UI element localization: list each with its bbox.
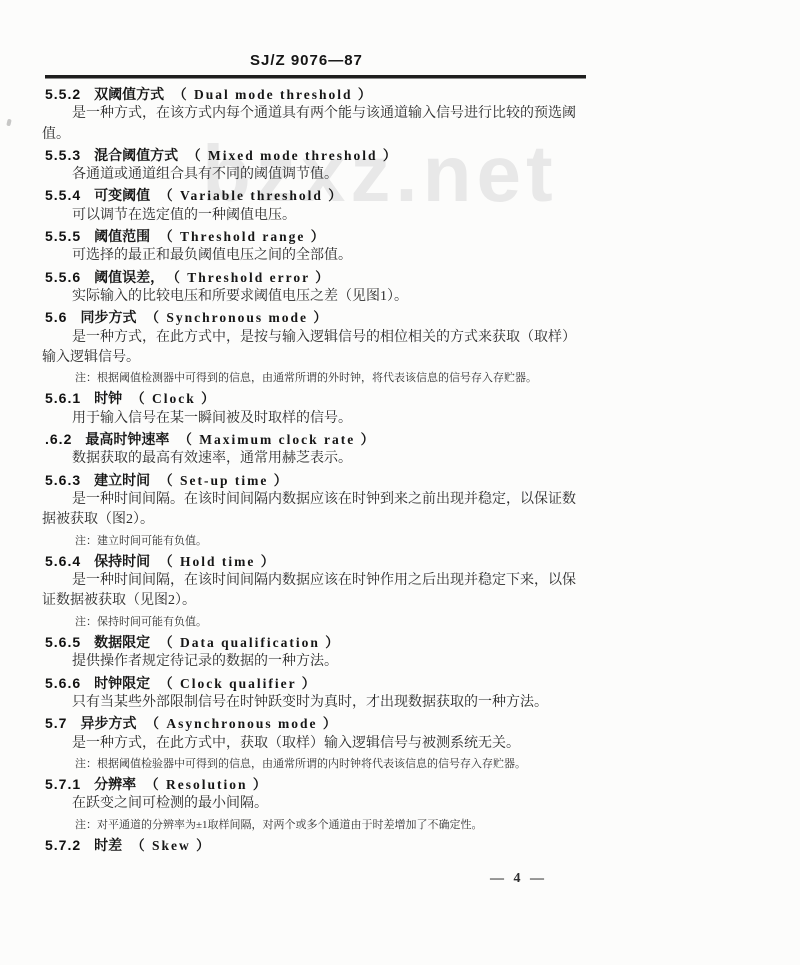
body-line: 输入逻辑信号。 [42, 348, 594, 368]
document-content: 5.5.2双阈值方式（ Dual mode threshold ）是一种方式，在… [42, 84, 594, 855]
note-line: 注：对平通道的分辨率为±1取样间隔，对两个或多个通道由于时差增加了不确定性。 [42, 815, 594, 835]
section-title-zh: 最高时钟速率 [85, 433, 169, 448]
section-title-en: （ Maximum clock rate ） [178, 432, 376, 447]
body-line: 各通道或通道组合具有不同的阈值调节值。 [42, 165, 594, 185]
section-title-en: （ Hold time ） [159, 554, 276, 569]
section-title-zh: 时差 [94, 839, 122, 854]
body-line: 实际输入的比较电压和所要求阈值电压之差（见图1）。 [42, 287, 594, 307]
body-line: 可以调节在选定值的一种阈值电压。 [42, 206, 594, 226]
body-line: 用于输入信号在某一瞬间被及时取样的信号。 [42, 409, 594, 429]
section-title-en: （ Threshold error ） [173, 270, 331, 285]
section-title-zh: 双阈值方式 [94, 88, 164, 103]
section-number: 5.5.5 [45, 228, 81, 244]
section-title-zh: 阈值误差， [94, 271, 164, 286]
body-line: 是一种时间间隔。在该时间间隔内数据应该在时钟到来之前出现并稳定，以保证数 [42, 490, 594, 510]
section-title-zh: 混合阈值方式 [94, 149, 178, 164]
section-title-en: （ Skew ） [131, 838, 212, 853]
section-title-zh: 建立时间 [94, 474, 150, 489]
scanned-standard-page: bzxz.net SJ/Z 9076—87 5.5.2双阈值方式（ Dual m… [0, 0, 800, 965]
line-text: 只有当某些外部限制信号在时钟跃变时为真时，才出现数据获取的一种方法。 [72, 695, 548, 710]
section-number: 5.5.2 [45, 86, 81, 102]
section-heading: 5.5.3混合阈值方式（ Mixed mode threshold ） [42, 145, 594, 165]
section-title-en: （ Threshold range ） [159, 229, 326, 244]
section-number: 5.5.3 [45, 147, 81, 163]
line-text: 注：根据阈值检测器中可得到的信息，由通常所谓的外时钟，将代表该信息的信号存入存贮… [75, 372, 537, 384]
section-heading: 5.6.4保持时间（ Hold time ） [42, 551, 594, 571]
note-line: 注：根据阈值检验器中可得到的信息，由通常所谓的内时钟将代表该信息的信号存入存贮器… [42, 754, 594, 774]
body-line: 在跃变之间可检测的最小间隔。 [42, 794, 594, 814]
note-line: 注：根据阈值检测器中可得到的信息，由通常所谓的外时钟，将代表该信息的信号存入存贮… [42, 368, 594, 388]
section-heading: 5.6同步方式（ Synchronous mode ） [42, 307, 594, 327]
line-text: 注：保持时间可能有负值。 [75, 616, 207, 628]
section-title-zh: 阈值范围 [94, 230, 150, 245]
section-heading: 5.5.2双阈值方式（ Dual mode threshold ） [42, 84, 594, 104]
header-rule [45, 75, 586, 78]
line-text: 是一种时间间隔，在该时间间隔内数据应该在时钟作用之后出现并稳定下来，以保 [72, 573, 576, 588]
section-title-en: （ Synchronous mode ） [145, 310, 328, 325]
body-line: 值。 [42, 125, 594, 145]
section-title-en: （ Dual mode threshold ） [173, 87, 373, 102]
section-number: 5.7.2 [45, 837, 81, 853]
section-number: 5.6.5 [45, 634, 81, 650]
section-heading: 5.7.1分辨率（ Resolution ） [42, 774, 594, 794]
line-text: 输入逻辑信号。 [42, 350, 140, 365]
body-line: 提供操作者规定待记录的数据的一种方法。 [42, 652, 594, 672]
line-text: 注：根据阈值检验器中可得到的信息，由通常所谓的内时钟将代表该信息的信号存入存贮器… [75, 758, 526, 770]
section-title-en: （ Clock ） [131, 391, 217, 406]
body-line: 是一种方式，在该方式内每个通道具有两个能与该通道输入信号进行比较的预选阈 [42, 104, 594, 124]
section-title-zh: 时钟限定 [94, 677, 150, 692]
section-title-zh: 时钟 [94, 392, 122, 407]
line-text: 据被获取（图2）。 [42, 512, 154, 527]
line-text: 用于输入信号在某一瞬间被及时取样的信号。 [72, 411, 352, 426]
section-title-zh: 数据限定 [94, 636, 150, 651]
section-title-en: （ Variable threshold ） [159, 188, 344, 203]
section-number: 5.7.1 [45, 776, 81, 792]
section-heading: 5.5.4可变阈值（ Variable threshold ） [42, 185, 594, 205]
section-number: .6.2 [45, 431, 72, 447]
line-text: 可选择的最正和最负阈值电压之间的全部值。 [72, 248, 352, 263]
body-line: 是一种时间间隔，在该时间间隔内数据应该在时钟作用之后出现并稳定下来，以保 [42, 571, 594, 591]
section-heading: 5.7.2时差（ Skew ） [42, 835, 594, 855]
section-title-en: （ Asynchronous mode ） [145, 716, 338, 731]
section-heading: 5.7异步方式（ Asynchronous mode ） [42, 713, 594, 733]
section-heading: .6.2最高时钟速率（ Maximum clock rate ） [42, 429, 594, 449]
line-text: 是一种方式，在该方式内每个通道具有两个能与该通道输入信号进行比较的预选阈 [72, 106, 576, 121]
note-line: 注：建立时间可能有负值。 [42, 531, 594, 551]
line-text: 注：建立时间可能有负值。 [75, 535, 207, 547]
section-heading: 5.6.1时钟（ Clock ） [42, 388, 594, 408]
body-line: 据被获取（图2）。 [42, 510, 594, 530]
body-line: 是一种方式，在此方式中，是按与输入逻辑信号的相位相关的方式来获取（取样） [42, 328, 594, 348]
line-text: 是一种方式，在此方式中，是按与输入逻辑信号的相位相关的方式来获取（取样） [72, 330, 576, 345]
section-title-zh: 分辨率 [94, 778, 136, 793]
line-text: 提供操作者规定待记录的数据的一种方法。 [72, 654, 338, 669]
section-title-en: （ Set-up time ） [159, 473, 289, 488]
section-title-en: （ Mixed mode threshold ） [187, 148, 398, 163]
section-number: 5.6.4 [45, 553, 81, 569]
body-line: 可选择的最正和最负阈值电压之间的全部值。 [42, 246, 594, 266]
line-text: 可以调节在选定值的一种阈值电压。 [72, 208, 296, 223]
standard-number-header: SJ/Z 9076—87 [250, 52, 363, 69]
section-number: 5.6.6 [45, 675, 81, 691]
line-text: 实际输入的比较电压和所要求阈值电压之差（见图1）。 [72, 289, 408, 304]
section-number: 5.6 [45, 309, 67, 325]
section-number: 5.6.1 [45, 390, 81, 406]
section-number: 5.6.3 [45, 472, 81, 488]
body-line: 证数据被获取（见图2）。 [42, 591, 594, 611]
ink-speck [6, 119, 12, 127]
section-number: 5.7 [45, 715, 67, 731]
section-title-en: （ Resolution ） [145, 777, 268, 792]
page-number: — 4 — [490, 871, 547, 887]
section-heading: 5.6.3建立时间（ Set-up time ） [42, 470, 594, 490]
body-line: 只有当某些外部限制信号在时钟跃变时为真时，才出现数据获取的一种方法。 [42, 693, 594, 713]
line-text: 在跃变之间可检测的最小间隔。 [72, 796, 268, 811]
section-heading: 5.5.5阈值范围（ Threshold range ） [42, 226, 594, 246]
section-number: 5.5.4 [45, 187, 81, 203]
line-text: 各通道或通道组合具有不同的阈值调节值。 [72, 167, 338, 182]
line-text: 数据获取的最高有效速率，通常用赫芝表示。 [72, 451, 352, 466]
line-text: 是一种时间间隔。在该时间间隔内数据应该在时钟到来之前出现并稳定，以保证数 [72, 492, 576, 507]
body-line: 数据获取的最高有效速率，通常用赫芝表示。 [42, 449, 594, 469]
section-title-en: （ Clock qualifier ） [159, 676, 317, 691]
section-heading: 5.6.6时钟限定（ Clock qualifier ） [42, 673, 594, 693]
body-line: 是一种方式，在此方式中，获取（取样）输入逻辑信号与被测系统无关。 [42, 734, 594, 754]
line-text: 注：对平通道的分辨率为±1取样间隔，对两个或多个通道由于时差增加了不确定性。 [75, 819, 483, 831]
section-title-zh: 保持时间 [94, 555, 150, 570]
note-line: 注：保持时间可能有负值。 [42, 612, 594, 632]
section-title-zh: 同步方式 [80, 311, 136, 326]
line-text: 是一种方式，在此方式中，获取（取样）输入逻辑信号与被测系统无关。 [72, 736, 520, 751]
section-number: 5.5.6 [45, 269, 81, 285]
section-title-zh: 异步方式 [80, 717, 136, 732]
section-heading: 5.6.5数据限定（ Data qualification ） [42, 632, 594, 652]
section-title-zh: 可变阈值 [94, 189, 150, 204]
line-text: 值。 [42, 127, 70, 142]
section-title-en: （ Data qualification ） [159, 635, 341, 650]
line-text: 证数据被获取（见图2）。 [42, 593, 196, 608]
section-heading: 5.5.6阈值误差，（ Threshold error ） [42, 267, 594, 287]
